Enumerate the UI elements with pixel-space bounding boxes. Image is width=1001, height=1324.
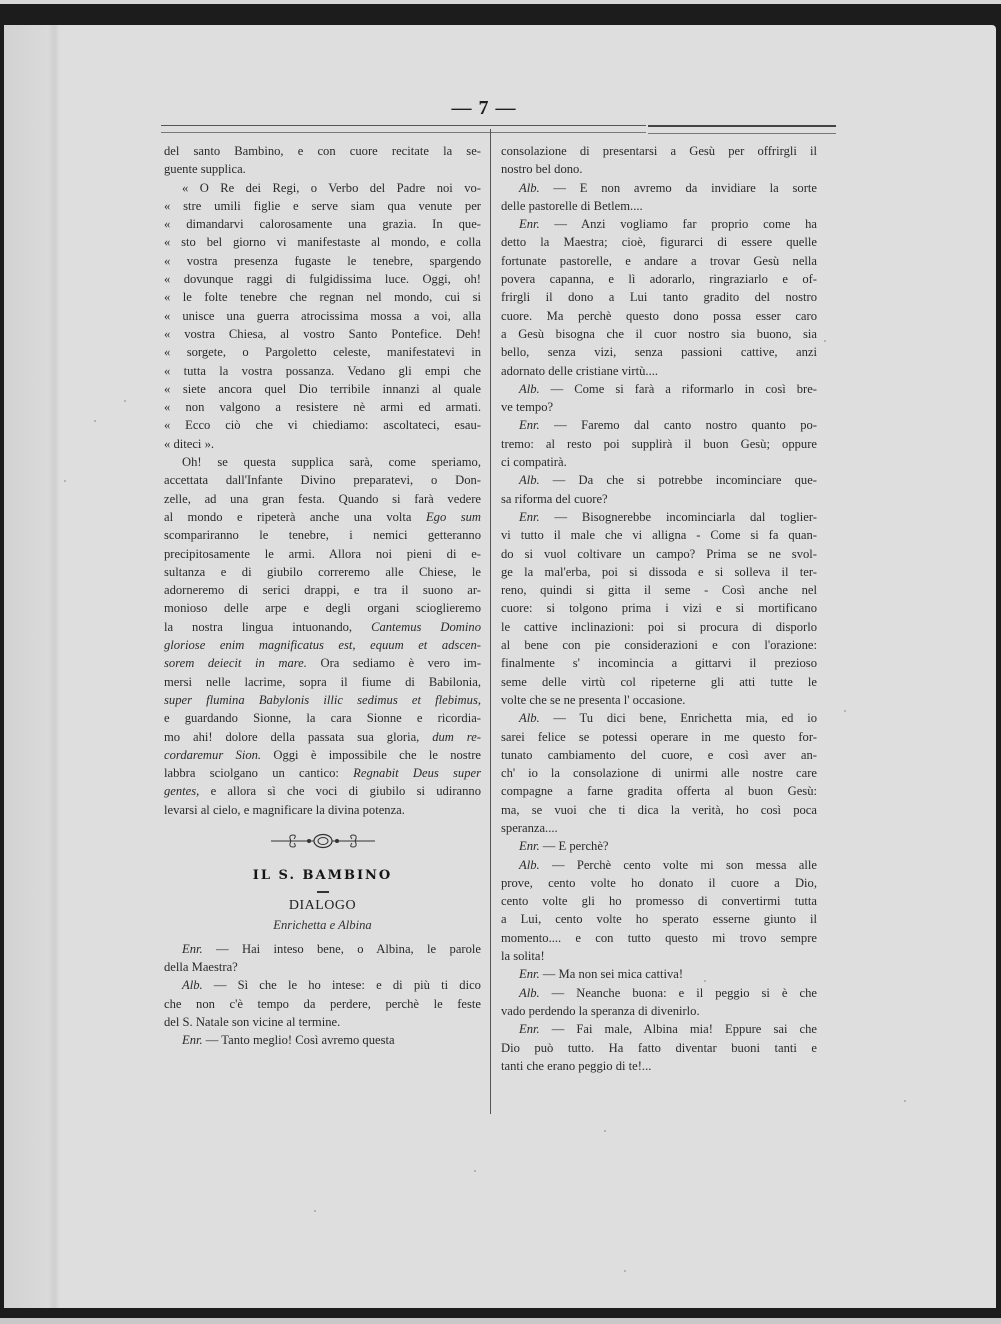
- text-line: a Gesù bisogna che il cuor nostro sia bu…: [501, 325, 817, 343]
- speaker-label: Enr.: [519, 418, 554, 432]
- text-line: mo ahi! dolore della passata sua gloria,…: [164, 728, 481, 746]
- scan-top-edge: [0, 0, 1001, 4]
- text-line: Enr. — Faremo dal canto nostro quanto po…: [501, 416, 817, 434]
- text-line: povera capanna, e lì adorarlo, ringrazia…: [501, 270, 817, 288]
- text-line: Dio può tutto. Ha fatto diventar buoni t…: [501, 1039, 817, 1057]
- text-line: cuore. Ma perchè questo dono possa esser…: [501, 307, 817, 325]
- text-line: Enr. — Anzi vogliamo far proprio come ha: [501, 215, 817, 233]
- text-line: « non valgono a resistere nè armi ed arm…: [164, 398, 481, 416]
- speaker-label: Alb.: [519, 181, 553, 195]
- text-line: Enr. — Tanto meglio! Così avremo questa: [164, 1031, 481, 1049]
- text-line: gloriose enim magnificatus est, equum et…: [164, 636, 481, 654]
- text-line: « tutta la vostra possanza. Vedano gli e…: [164, 362, 481, 380]
- right-column: consolazione di presentarsi a Gesù per o…: [501, 142, 817, 1075]
- text-line: Alb. — Neanche buona: e il peggio si è c…: [501, 984, 817, 1002]
- section-title: IL S. BAMBINO: [164, 867, 481, 885]
- text-line: guente supplica.: [164, 160, 481, 178]
- header-rule-middle: [480, 125, 646, 133]
- text-line: al bene con pie considerazioni e con l'o…: [501, 636, 817, 654]
- text-line: speranza....: [501, 819, 817, 837]
- text-line: sultanza e di giubilo correremo alle Chi…: [164, 563, 481, 581]
- text-line: ch' io la consolazione di unirmi alle no…: [501, 764, 817, 782]
- text-line: Alb. — Sì che le ho intese: e di più ti …: [164, 976, 481, 994]
- text-line: « diteci ».: [164, 435, 481, 453]
- text-line: « unisce una guerra atrocissima mossa a …: [164, 307, 481, 325]
- header-rule-left: [161, 125, 480, 133]
- text-line: cuore: si tolgono prima i vizi e si mort…: [501, 599, 817, 617]
- text-line: che non c'è tempo da perdere, perchè le …: [164, 995, 481, 1013]
- text-line: scompariranno le tenebre, i nemici gette…: [164, 526, 481, 544]
- text-line: a Lui, cento volte ho sperato esserne gi…: [501, 910, 817, 928]
- paper-speck: [64, 480, 66, 482]
- scan-bottom-edge: [0, 1318, 1001, 1324]
- dialog-subtitle: Enrichetta e Albina: [164, 916, 481, 934]
- speaker-label: Enr.: [182, 1033, 206, 1047]
- text-line: « le folte tenebre che regnan nel mondo,…: [164, 288, 481, 306]
- text-line: Enr. — Fai male, Albina mia! Eppure sai …: [501, 1020, 817, 1038]
- paper-speck: [124, 400, 126, 402]
- exhortation-paragraph: Oh! se questa supplica sarà, come speria…: [164, 453, 481, 819]
- paper-speck: [844, 710, 846, 712]
- text-line: « dovunque raggi di fulgidissima luce. O…: [164, 270, 481, 288]
- paper-speck: [314, 1210, 316, 1212]
- text-line: nostro bel dono.: [501, 160, 817, 178]
- paper-speck: [94, 420, 96, 422]
- text-line: vado perdendo la speranza di divenirlo.: [501, 1002, 817, 1020]
- text-line: delle pastorelle di Betlem....: [501, 197, 817, 215]
- dialog-start: Enr. — Hai inteso bene, o Albina, le par…: [164, 940, 481, 1050]
- speaker-label: Alb.: [519, 711, 553, 725]
- text-line: labbra sciolgano un cantico: Regnabit De…: [164, 764, 481, 782]
- text-line: ve tempo?: [501, 398, 817, 416]
- dialog-continuation: consolazione di presentarsi a Gesù per o…: [501, 142, 817, 1075]
- text-line: precipitosamente le armi. Allora noi pie…: [164, 545, 481, 563]
- paper-speck: [704, 980, 706, 982]
- header-rule-right: [648, 125, 836, 134]
- text-line: « stre umili figlie e serve siam qua ven…: [164, 197, 481, 215]
- page-number: — 7 —: [444, 97, 524, 120]
- text-line: « Ecco ciò che vi chiediamo: ascoltateci…: [164, 416, 481, 434]
- text-line: vi tutto il male che vi alligna - Come s…: [501, 526, 817, 544]
- speaker-label: Enr.: [519, 510, 554, 524]
- text-line: Alb. — Come si farà a riformarlo in così…: [501, 380, 817, 398]
- speaker-label: Enr.: [182, 942, 216, 956]
- paper-speck: [824, 340, 826, 342]
- speaker-label: Alb.: [519, 986, 552, 1000]
- text-line: Alb. — E non avremo da invidiare la sort…: [501, 179, 817, 197]
- text-line: adorneremo di serici drappi, e tra il su…: [164, 581, 481, 599]
- text-line: « siete ancora quel Dio terribile innanz…: [164, 380, 481, 398]
- text-line: fortunate pastorelle, e andare a trovar …: [501, 252, 817, 270]
- text-line: tremo: al resto poi supplirà il buon Ges…: [501, 435, 817, 453]
- text-line: Enr. — Hai inteso bene, o Albina, le par…: [164, 940, 481, 958]
- text-line: sarei felice se potessi operare in me qu…: [501, 728, 817, 746]
- text-line: do si vuol coltivare un campo? Prima se …: [501, 545, 817, 563]
- text-line: del S. Natale son vicine al termine.: [164, 1013, 481, 1031]
- text-line: detto la Maestra; cioè, figurarci di ess…: [501, 233, 817, 251]
- speaker-label: Enr.: [519, 217, 554, 231]
- speaker-label: Enr.: [519, 967, 543, 981]
- text-line: consolazione di presentarsi a Gesù per o…: [501, 142, 817, 160]
- text-line: Alb. — Tu dici bene, Enrichetta mia, ed …: [501, 709, 817, 727]
- text-line: « sorgete, o Pargoletto celeste, manifes…: [164, 343, 481, 361]
- text-line: al mondo e ripeterà anche una volta Ego …: [164, 508, 481, 526]
- text-line: « O Re dei Regi, o Verbo del Padre noi v…: [164, 179, 481, 197]
- text-line: ma, se vuoi che ti dica la verità, ho co…: [501, 801, 817, 819]
- text-line: finalmente s' incomincia a gittarvi il p…: [501, 654, 817, 672]
- text-line: prove, cento volte ho donato il cuore a …: [501, 874, 817, 892]
- text-line: la solita!: [501, 947, 817, 965]
- dialog-title: DIALOGO: [164, 897, 481, 915]
- text-line: Enr. — Ma non sei mica cattiva!: [501, 965, 817, 983]
- paper-speck: [474, 1170, 476, 1172]
- text-line: del santo Bambino, e con cuore recitate …: [164, 142, 481, 160]
- speaker-label: Alb.: [182, 978, 214, 992]
- paper-speck: [604, 1130, 606, 1132]
- text-line: della Maestra?: [164, 958, 481, 976]
- text-line: « vostra Chiesa, al vostro Santo Pontefi…: [164, 325, 481, 343]
- text-line: seme delle virtù col ripeterne gli atti …: [501, 673, 817, 691]
- text-line: volte che se ne presenta l' occasione.: [501, 691, 817, 709]
- speaker-label: Enr.: [519, 839, 543, 853]
- text-line: Oh! se questa supplica sarà, come speria…: [164, 453, 481, 471]
- text-line: tunato cambiamento del cuore, e così ave…: [501, 746, 817, 764]
- text-line: Alb. — Da che si potrebbe incominciare q…: [501, 471, 817, 489]
- paper-speck: [254, 950, 256, 952]
- text-line: « sto bel giorno vi manifestaste al mond…: [164, 233, 481, 251]
- text-line: e guardando Sionne, la cara Sionne e ric…: [164, 709, 481, 727]
- text-line: la nostra lingua intuonando, Cantemus Do…: [164, 618, 481, 636]
- supplica-block: del santo Bambino, e con cuore recitate …: [164, 142, 481, 453]
- text-line: le cattive inclinazioni: poi si procura …: [501, 618, 817, 636]
- ornament-divider-icon: [269, 833, 377, 849]
- text-line: « dimandarvi calorosamente una grazia. I…: [164, 215, 481, 233]
- text-line: momento.... e con tutto questo mi trovo …: [501, 929, 817, 947]
- left-column: del santo Bambino, e con cuore recitate …: [164, 142, 481, 1050]
- text-line: Enr. — E perchè?: [501, 837, 817, 855]
- text-line: Enr. — Bisognerebbe incominciarla dal to…: [501, 508, 817, 526]
- text-line: super flumina Babylonis illic sedimus et…: [164, 691, 481, 709]
- title-dash: [317, 891, 329, 893]
- text-line: Alb. — Perchè cento volte mi son messa a…: [501, 856, 817, 874]
- text-line: sorem deiecit in mare. Ora sediamo è ver…: [164, 654, 481, 672]
- speaker-label: Alb.: [519, 858, 552, 872]
- text-line: bello, senza vizi, senza passioni cattiv…: [501, 343, 817, 361]
- text-line: accettata dall'Infante Divino preparatev…: [164, 471, 481, 489]
- text-line: « vostra presenza fugaste le tenebre, sp…: [164, 252, 481, 270]
- text-line: monioso delle arpe e degli organi sciogl…: [164, 599, 481, 617]
- text-line: mersi nelle lacrime, sopra il fiume di B…: [164, 673, 481, 691]
- text-line: cento volte gli ho promesso di convertir…: [501, 892, 817, 910]
- text-line: sa riforma del cuore?: [501, 490, 817, 508]
- text-line: ge la mal'erba, poi si dissoda e si soll…: [501, 563, 817, 581]
- speaker-label: Alb.: [519, 382, 551, 396]
- text-line: levarsi al cielo, e magnificare la divin…: [164, 801, 481, 819]
- text-line: tanti che erano peggio di te!...: [501, 1057, 817, 1075]
- text-line: ci compatirà.: [501, 453, 817, 471]
- text-line: zelle, ad una gran festa. Quando si farà…: [164, 490, 481, 508]
- paper-speck: [904, 1100, 906, 1102]
- text-line: frirgli il dono a Lui tanto gradito del …: [501, 288, 817, 306]
- paper-speck: [624, 1270, 626, 1272]
- scanned-page: — 7 — del santo Bambino, e con cuore rec…: [4, 25, 996, 1308]
- text-line: reno, quindi si gitta il seme - Così anc…: [501, 581, 817, 599]
- speaker-label: Alb.: [519, 473, 553, 487]
- speaker-label: Enr.: [519, 1022, 552, 1036]
- text-line: gentes, e allora sì che voci di giubilo …: [164, 782, 481, 800]
- text-line: adornato delle cristiane virtù....: [501, 362, 817, 380]
- text-line: compagne a farne gradita offerta al buon…: [501, 782, 817, 800]
- column-divider: [490, 129, 491, 1114]
- text-line: cordaremur Sion. Oggi è impossibile che …: [164, 746, 481, 764]
